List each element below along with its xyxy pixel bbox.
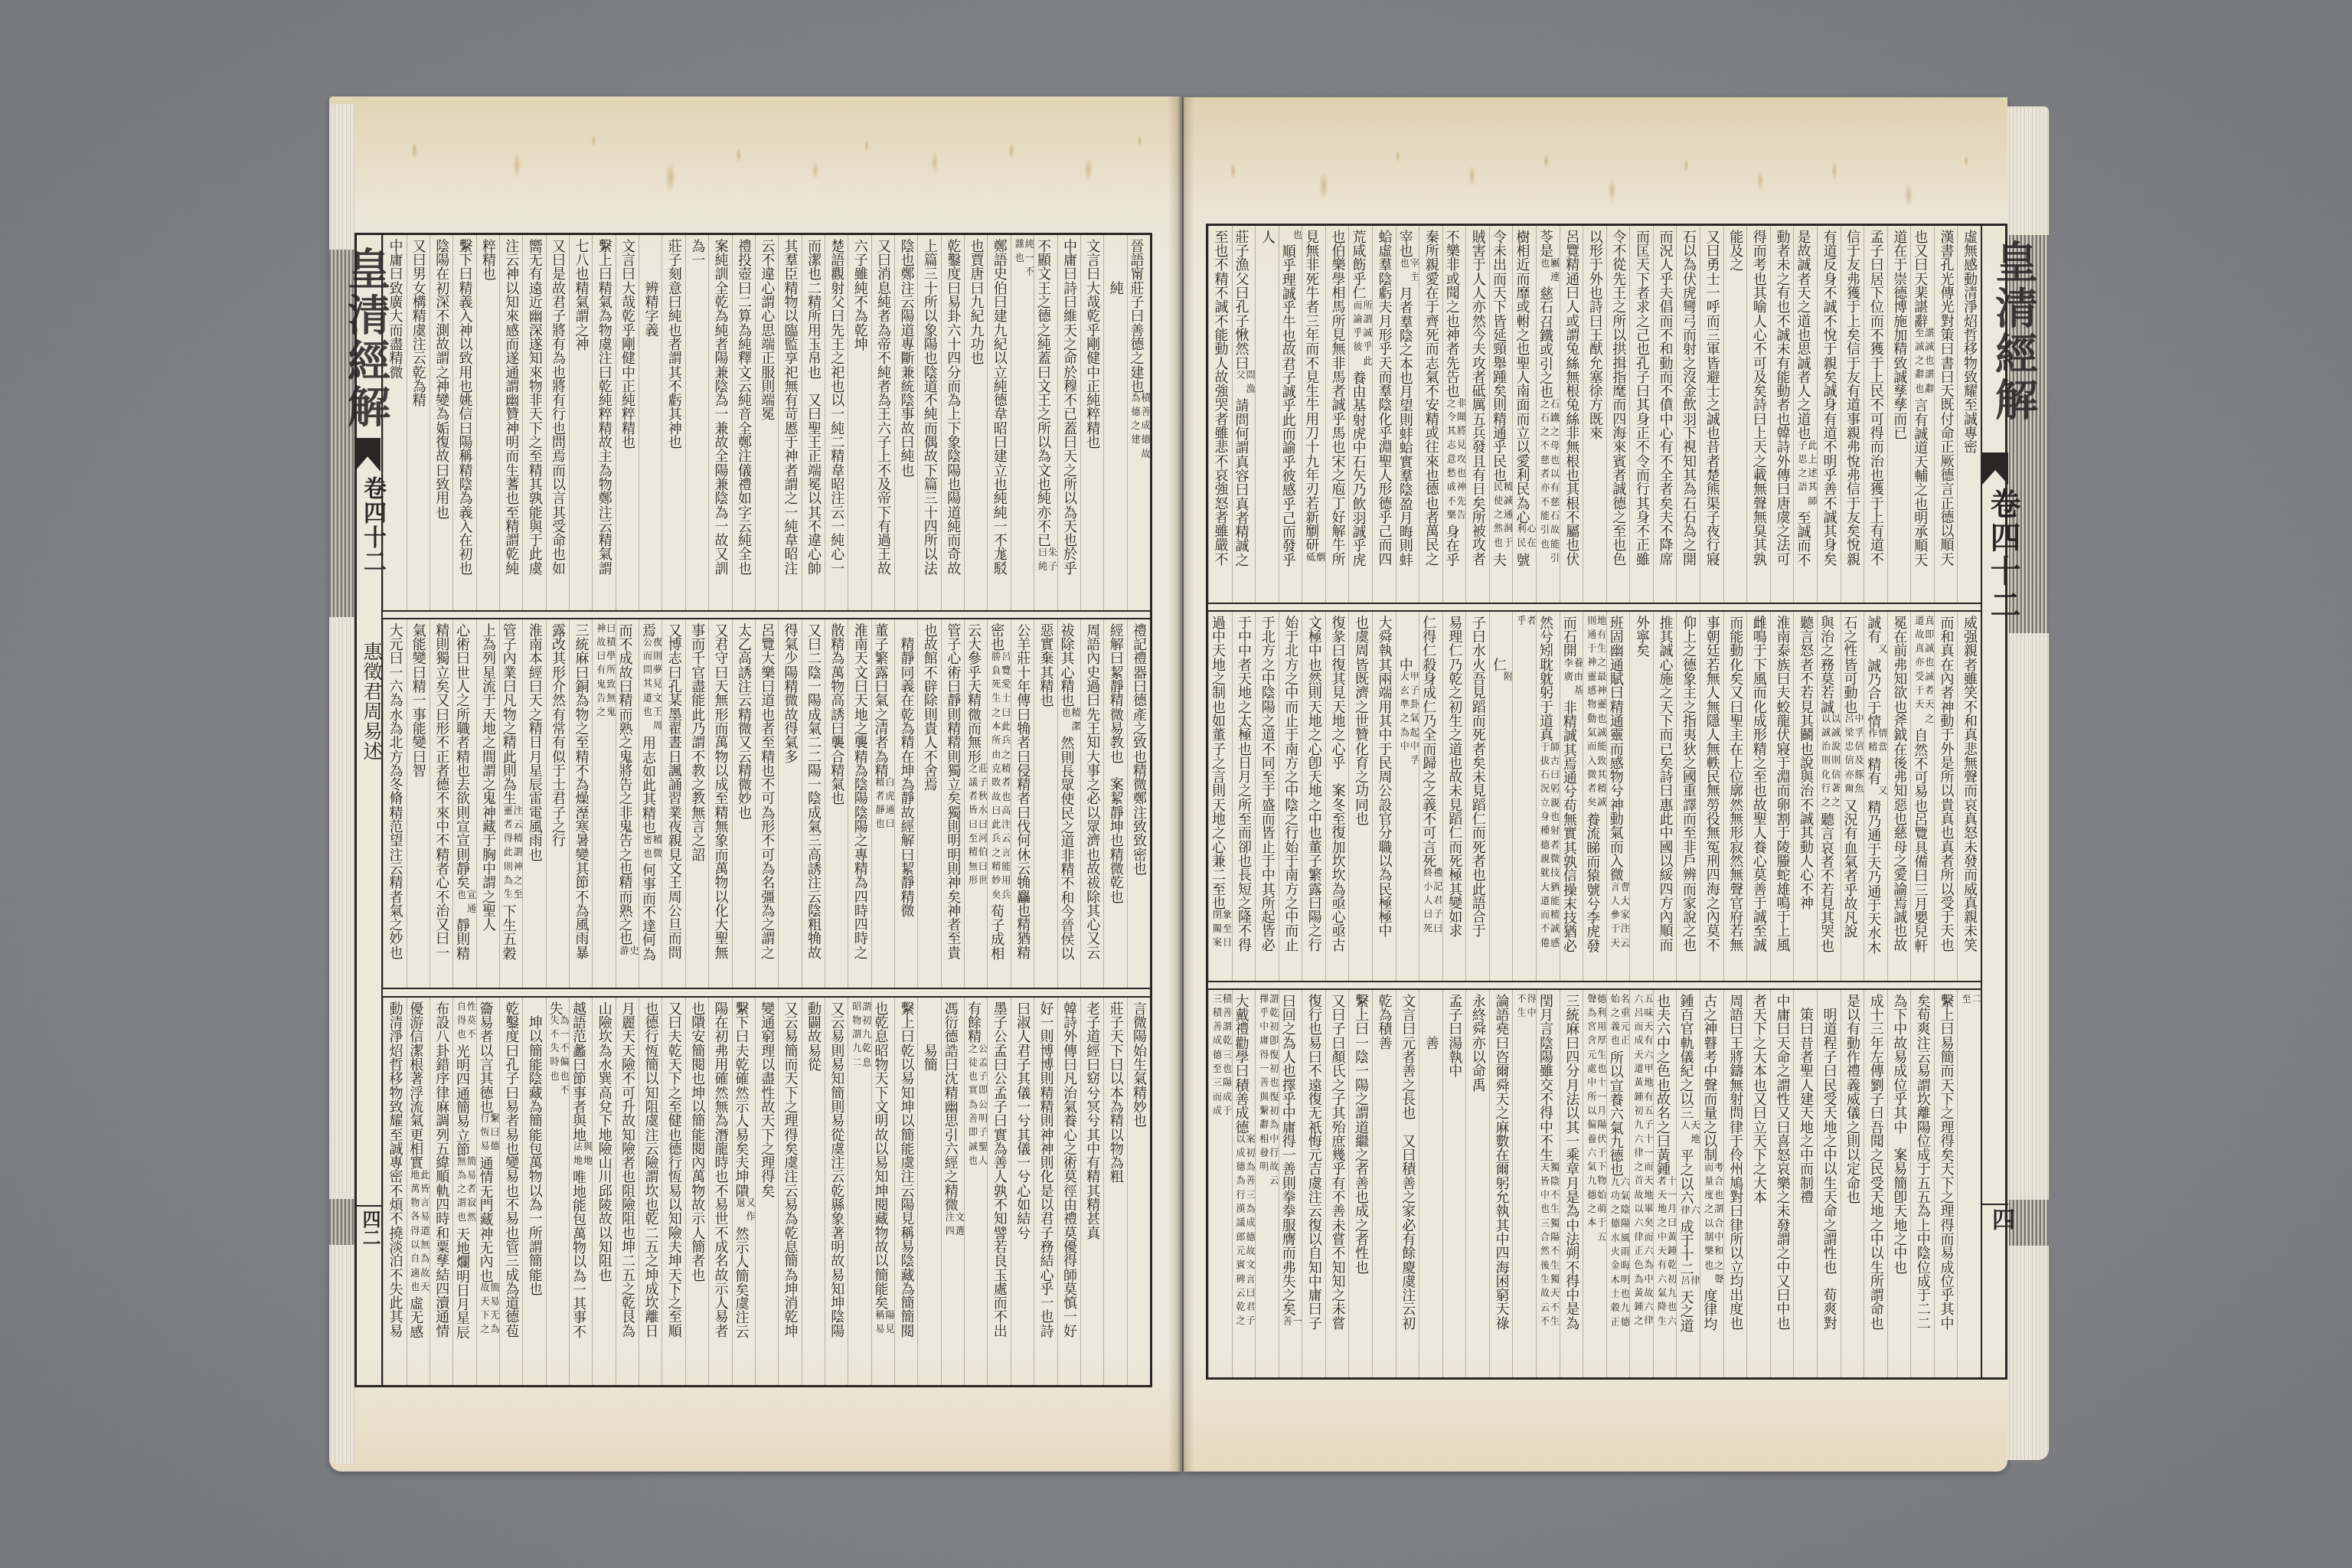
- indent-space: [1115, 239, 1116, 281]
- text-column: 得而考也其喻人心不可及矣詩曰上天之載無聲無臭其孰: [1746, 226, 1770, 603]
- main-text: 善: [1423, 1036, 1439, 1050]
- main-text: 閏月言陰陽雖交不得中不生: [1537, 994, 1553, 1162]
- text-column: 韓詩外傳曰凡治氣養心之術莫徑由禮莫優得師莫慎一好: [1057, 998, 1080, 1385]
- page-number-rule: [1982, 1204, 2008, 1205]
- text-column: 純: [1103, 235, 1126, 610]
- main-text: 度律均: [1701, 1289, 1717, 1331]
- annotation-note: 宰主也: [1398, 258, 1419, 287]
- text-column: 也賈唐曰九紀九功也: [964, 235, 987, 610]
- text-column: 山險坎為水巽高兌下地險山川邱陵故以知阻也: [592, 998, 615, 1385]
- right-page: 虛無感動清淨炤哲移物致耀至誠專密漢書孔光傳光對策曰書曰天既付命正厥德言正德以順天…: [1184, 97, 2007, 1472]
- main-text: 何事而不達何為: [640, 863, 656, 961]
- text-column: 樹相近而靡或軵之也聖人南面而立以愛利民為心心在利民號: [1512, 226, 1536, 603]
- text-column: 周語曰王將鑄無射問律于伶州鳩對曰律所以立均出度也: [1723, 990, 1747, 1377]
- text-column: 道在于崇德博施加精致誠孳孳而已: [1887, 226, 1911, 603]
- main-text: 又曰夫乾天下之至健也德行恆易以知險夫坤天下之至順: [666, 1001, 682, 1338]
- annotation-note: 宣通也: [456, 890, 476, 919]
- main-text: 中庸曰詩曰維天之命於穆不已蓋曰天之所以為天也於乎: [1061, 239, 1077, 575]
- annotation-note: 注云精謂神之至靈者得此則為生: [501, 805, 522, 904]
- text-column: 不樂非或聞之也神者先告也非聞將見攻也神先告之令其志意愁戚不樂身在乎: [1442, 226, 1466, 603]
- annotation-note: 朱子曰純: [1037, 547, 1057, 577]
- main-text: 純: [1108, 281, 1124, 295]
- annotation-note: 真即誠也誠者天之道故真亦受于天: [1913, 616, 1934, 728]
- text-column: 得中不生: [1512, 990, 1536, 1377]
- annotation-note: 又: [1867, 644, 1887, 658]
- annotation-note: 呂覽愛士曰此兵之精者也高注云言能用兵勝負死生之本所由克敗故曰此兵之精妙矣: [990, 652, 1011, 904]
- main-text: 令未出而天下皆延頸舉踵矣則精通乎民也: [1491, 230, 1507, 482]
- annotation-note: 非聞將見攻也神先告之令其志意愁戚不樂: [1445, 398, 1465, 525]
- annotation-note: 與地法地: [571, 1142, 592, 1171]
- text-column: 繫下曰精義入神以致用也姚信曰陽稱精陰為義入在初也: [452, 235, 475, 610]
- main-text: 祓除其心精也: [1058, 623, 1074, 707]
- text-column: 嚮无有遠近幽深遂知來物非天下之至精其孰能與于此虞: [522, 235, 545, 610]
- main-text: 孟子曰湯執中: [1446, 994, 1462, 1078]
- text-column: 也虞周皆既濟之世贊化育之功同也: [1348, 612, 1372, 981]
- main-text: 七八也精氣謂之神: [573, 239, 589, 351]
- main-text: 楚語觀射父曰先王之祀也以一純二精韋昭注云一純心一: [828, 239, 844, 575]
- annotation-note: 以誠說則信著之以誠治則化行之: [1820, 714, 1841, 812]
- text-column: 虛無感動清淨炤哲移物致耀至誠專密: [1957, 226, 1981, 603]
- text-column: 鄭語史伯曰建九紀以立純德韋昭曰建立也純純一不尨駁: [987, 235, 1010, 610]
- annotation-note: 律呂: [1679, 1276, 1700, 1290]
- text-column: 坤以簡能陰藏為簡能包萬物以為一所謂簡能也: [522, 998, 545, 1385]
- annotation-note: 簡易者寂然無為之謂也: [456, 1156, 476, 1227]
- text-column: 禮投壺曰二算為純釋文云純音全鄭注儀禮如字云純全也: [732, 235, 755, 610]
- fore-edge-ink-smear: [329, 1199, 355, 1245]
- register-divider: [1208, 603, 1981, 604]
- indent-space: [1828, 1274, 1829, 1288]
- annotation-note: 性莫不自得也: [456, 1001, 476, 1044]
- main-text: 為下中故易成位乎其中: [1891, 994, 1907, 1134]
- text-column: 班固幽通賦曰精通靈而感物兮神動氣而入微曹大家注云言人參于天: [1606, 612, 1630, 981]
- text-column: 呂覽大樂曰道也者至精也不可為形不可為名彊為之謂之: [755, 619, 778, 988]
- annotation-note: 情當作精: [1867, 728, 1887, 757]
- text-column: 上為列星流于天地之間謂之鬼神藏于胸中謂之聖人: [476, 619, 499, 988]
- text-column: 仁得仁殺身成仁乃全而歸之之義不可言死禮記君子曰終小人曰死: [1419, 612, 1442, 981]
- main-text: 山險坎為水巽高兌下地險山川邱陵故以知阻也: [596, 1001, 612, 1282]
- text-column: 謂初九乾息昭物謂九二: [848, 998, 871, 1385]
- main-text: 是故誠者天之道也思誠者人之道也: [1795, 230, 1811, 440]
- text-column: 董子繁露曰氣之清者為精白虎通曰精者靜也: [871, 619, 894, 988]
- text-column: 鍾百官軌儀紀之以三天地人平之以六六律成于十二律呂天之道: [1676, 990, 1700, 1377]
- text-column: 孟子曰居下位而不獲于上民不可得而治也獲于上有道不: [1864, 226, 1887, 603]
- text-column: 石之性皆可動也中孚信及豚魚呂梁忠信亦爾又況有血氣者乎故凡說: [1841, 612, 1864, 981]
- text-column: 善: [1419, 990, 1442, 1377]
- main-text: 精則獨立矣又曰形不正者德不來中不精者心不治又曰一: [433, 623, 449, 959]
- text-column: 純一不雜也: [1011, 235, 1034, 610]
- main-text: 然示人簡矣虞注云: [733, 1227, 749, 1338]
- main-text: 班固幽通賦曰精通靈而感物兮神動氣而入微: [1608, 616, 1624, 882]
- main-text: 荀子成相: [988, 904, 1004, 960]
- main-text: 案絜靜坤也精微乾也: [1108, 777, 1124, 903]
- text-column: 性莫不自得也光明四通簡易立節簡易者寂然無為之謂也天地爛明日月星辰: [452, 998, 475, 1385]
- main-text: 秦所親愛在于齊死而志氣不安精或往來也德也者萬民之: [1423, 230, 1439, 566]
- main-text: 大舜執其兩端用其中于民周公設官分職以為民極極中: [1377, 616, 1393, 938]
- text-column: 淮南天文曰天地之襲精為陰陽陰陽之專精為四時四時之: [848, 619, 871, 988]
- text-column: 復彖曰復其見天地之心乎案冬至復加坎坎為亟心亟古: [1325, 612, 1349, 981]
- text-column: 三統麻曰四分月法以其一乘章月是為中法朔不得中是為: [1560, 990, 1583, 1377]
- annotation-note: 劘砥: [1305, 552, 1325, 567]
- text-column: 三統麻曰銅為物之至精不為燥溼寒暑變其節不為風雨暴: [569, 619, 592, 988]
- main-text: 經解曰絜靜精微易教也: [1108, 623, 1124, 763]
- text-column: 也順乎理誠乎牛也故君子誠乎此而諭乎彼感乎己而發乎: [1279, 226, 1302, 603]
- main-text: 注云神以知來感而遂通謂幽贊神明而生蓍也至精謂乾純: [503, 239, 519, 575]
- text-column: 石以為伏虎彎弓而射之沒金飲羽下視知其為石石為之開: [1676, 226, 1700, 603]
- main-text: 養由基射虎中石矢乃飲羽誠乎虎: [1350, 371, 1366, 567]
- text-column: 其羣臣精物以臨監享祀無有苛慝于神者謂之一純韋昭注: [778, 235, 801, 610]
- text-column: 乾鑿度曰孔子曰易者易也變易也不易也管三成為道德苞: [499, 998, 522, 1385]
- annotation-note: 積善成德故為德之建: [1129, 393, 1150, 464]
- text-column: 注云神以知來感而遂通謂幽贊神明而生蓍也至精謂乾純: [499, 235, 522, 610]
- main-text: 又博志曰孔某墨翟晝日諷誦習業夜親見文王周公旦而問: [666, 623, 682, 959]
- text-column: 宰也宰主也月者羣陰之本也月望則蚌蛤實羣陰盈月晦則蚌: [1396, 226, 1419, 603]
- text-column: 積善謂乾三也陽成于三積善成德至三而成: [1208, 990, 1232, 1377]
- text-column: 真即誠也誠者天之道故真亦受于天自然不可易也呂覽具備曰三月嬰兒軒: [1910, 612, 1934, 981]
- main-text: 陰陽在初深不測故謂之神變為姤復故曰致用也: [433, 239, 449, 519]
- annotation-note: 屬連也: [1539, 258, 1560, 287]
- main-text: 號: [1514, 553, 1530, 567]
- main-text: 文極中也然則天地之心卽天地之中也董子繁露曰陽之行: [1306, 616, 1322, 952]
- main-text: 呂覽精通曰人或謂兔絲無根兔絲非無根也其根不屬也伏: [1563, 230, 1579, 566]
- main-text: 與治之務莫若誠: [1818, 616, 1834, 714]
- text-column: 也伯樂學相馬所見無非馬者誠乎馬也宋之庖丁好解牛所: [1325, 226, 1349, 603]
- text-column: 名重元正始之義也所以宣養六氣九德也六氣陰陽風雨晦明也九德九功之德水火金木土穀正: [1606, 990, 1630, 1377]
- main-text: 子曰水火吾見蹈而死者矣未見蹈仁而死者也此語合于: [1470, 616, 1486, 938]
- text-column: 莊子刻意曰純也者謂其不虧其神也: [661, 235, 684, 610]
- main-text: 精乃通于天乃通于天水木: [1865, 800, 1881, 954]
- main-text: 乾為積善: [1377, 994, 1393, 1050]
- main-text: 莊子漁父曰孔子愀然曰: [1233, 230, 1249, 370]
- annotation-note: 簡易无為故天下之: [479, 1282, 499, 1339]
- main-text: 也夫六中之色也故名之曰黃鍾: [1655, 994, 1671, 1176]
- text-column: 曰積學所致無鬼神故曰有鬼告之: [592, 619, 615, 988]
- main-text: 成于十二: [1678, 1220, 1694, 1276]
- text-column: 祓除其心精也精潔也然則長眾使民之道非精不和今晉侯以: [1057, 619, 1080, 988]
- main-text: 通情无門藏神无內也: [477, 1156, 493, 1282]
- text-column: 辨精字義: [639, 235, 661, 610]
- main-text: 至誠而不: [1795, 511, 1811, 567]
- main-text: 曰回之為人也擇乎中庸得一善則拳拳服膺而弗失之矣: [1280, 994, 1296, 1316]
- text-column: 曰淑人君子其儀一兮其儀一兮心如結兮: [1011, 998, 1034, 1385]
- text-column: 于北方之中陰陽之道不同至于盛而皆止于中其所起皆必: [1255, 612, 1279, 981]
- main-text: 云不違心謂心思端正服則端冕: [759, 239, 775, 421]
- main-text: 案易簡卽天地之中也: [1891, 1148, 1907, 1274]
- main-text: 文言曰大哉乾乎剛健中正純粹精也: [1084, 239, 1100, 449]
- text-column: 繫下曰夫乾確然示人易矣夫坤隤又作退然示人簡矣虞注云: [732, 998, 755, 1385]
- text-column: 推其誠心施之天下而已矣詩曰惠此中國以綏四方內順而: [1653, 612, 1677, 981]
- text-column: 者乎: [1512, 612, 1536, 981]
- annotation-note: 十一月曰黃鍾乾初九也六者天地之中天有六氣降生: [1655, 1176, 1676, 1331]
- main-text: 中庸曰天命之謂性又曰喜怒哀樂之未發謂之中又曰中也: [1774, 994, 1790, 1330]
- main-text: 苓是: [1537, 230, 1553, 258]
- text-column: 動清淨炤哲移物致耀至誠專密不煩不撓淡泊不失此其易: [383, 998, 406, 1385]
- main-text: 鄭語史伯曰建九紀以立純德韋昭曰建立也純純一不尨駁: [991, 239, 1008, 575]
- annotation-note: 石鐵之母也以有慈石故能引之石之不慈者亦不能引也: [1539, 399, 1560, 568]
- text-column: 德利用厚生也十一月陽伏于下物始萌于五聲為宮含元處中所以徧養六氣九德之本: [1583, 990, 1606, 1377]
- text-column: 七八也精氣謂之神: [569, 235, 592, 610]
- text-column: 易簡: [917, 998, 940, 1385]
- text-column: 散精為萬物高誘曰襲合精氣也: [825, 619, 848, 988]
- main-text: 動闢故易從: [805, 1001, 822, 1072]
- main-text: 而匡天下者求之己也孔子曰其身正不令而行其身不正雖: [1634, 230, 1650, 566]
- text-column: 見無非死牛者三年而不見生牛用刀十九年刃若新劘研劘砥: [1302, 226, 1325, 603]
- text-column: 信于友弗獲于上矣信于友有道事親弗悅弗信于友矣悅親: [1841, 226, 1864, 603]
- text-column: 始于北方之中而止于南方之中陰之行始于南方之中而止: [1279, 612, 1302, 981]
- text-column: 又曰二陰一陽成氣二二陽一陰成氣三高誘注云陰粗觕故: [802, 619, 825, 988]
- register-bottom: 二至繫上曰易簡而天下之理得矣天下之理得而易成位乎其中矣荀爽注云易謂坎離陽位成于五…: [1208, 990, 1981, 1377]
- text-column: 易理仁乃乾之初生之道也故未見蹈仁而死極其變如求: [1442, 612, 1466, 981]
- main-text: 案純訓全乾為純者陽兼陰為一兼故全陽兼陰為一故又訓: [713, 239, 729, 575]
- main-text: 信于友弗獲于上矣信于友有道事親弗悅弗信于友矣悅親: [1844, 230, 1860, 566]
- text-column: 繫上曰一陰一陽之謂道繼之者善也成之者性也: [1348, 990, 1372, 1377]
- main-text: 然兮矧耽躭躬于道真: [1537, 616, 1553, 742]
- main-text: 身在乎: [1444, 524, 1460, 567]
- text-column: 明道程子曰民受天地之中以生天命之謂性也荀爽對: [1817, 990, 1841, 1377]
- annotation-note: 中孚信及豚魚呂梁忠信亦爾: [1843, 714, 1864, 799]
- text-column: 論語堯曰咨爾舜天之麻數在爾躬允執其中四海困窮天祿: [1489, 990, 1513, 1377]
- main-text: 賊害于人人亦然今夫攻者砥厲五兵發且有日矣所被攻者: [1470, 230, 1486, 566]
- annotation-note: 此皆言易道無為故天地萬物各得以自適也: [409, 1170, 430, 1297]
- register-bottom: 言微陽始生氣精妙也莊子天下曰以本為精以物為粗老子道經曰窈兮冥兮其中有精其精甚真韓…: [383, 998, 1150, 1385]
- text-column: 荒咸飭乎仁所謂誠乎此而諭乎彼養由基射虎中石矢乃飲羽誠乎虎: [1348, 226, 1372, 603]
- main-text: 明道程子曰民受天地之中以生天命之謂性也: [1821, 1008, 1837, 1274]
- main-text: 又曰男女構精虞注云乾為精: [410, 239, 426, 407]
- text-column: 策曰昔者聖人建天地之中而制禮: [1793, 990, 1817, 1377]
- spine-volume-number: 卷四十二: [1981, 488, 2025, 622]
- text-column: 而潔也二精所用玉帛也又曰聖王正端冕以其不違心帥: [802, 235, 825, 610]
- indent-space: [906, 623, 906, 637]
- main-text: 誠乃合于情: [1865, 658, 1881, 729]
- text-column: 公羊莊十年傳曰觕者曰侵精者曰伐何休云觕麤也精猶精: [1011, 619, 1034, 988]
- annotation-note: 六律: [1679, 1205, 1700, 1220]
- annotation-note: 謂初九乾息昭物謂九二: [851, 1001, 871, 1073]
- main-text: 事而千官盡能此乃謂不教之教無言之詔: [689, 623, 705, 861]
- main-text: 惡實棄其精也: [1038, 623, 1054, 707]
- main-text: 又曰是故君子將有為也將有行也問焉而以言其受命也如: [550, 239, 566, 575]
- indent-space: [1404, 616, 1405, 658]
- text-column: 于中中者天地之太極也日月之所至而卻也長短之隆不得: [1232, 612, 1256, 981]
- annotation-note: 文選注四: [943, 1212, 964, 1241]
- text-column: 而況人乎夫倡而不和動而不僨中心有不全者矣夫不降席: [1653, 226, 1677, 603]
- text-column: 越語范蠡曰節事者與地與地法地唯地能包萬物以為一其事不: [569, 998, 592, 1385]
- text-column: 呂覽精通曰人或謂兔絲無根兔絲非無根也其根不屬也伏: [1560, 226, 1583, 603]
- text-column: 有道反身不誠不悅于親矣誠身有道不明乎善不誠其身矣: [1817, 226, 1841, 603]
- main-text: 矣荀爽注云易謂坎離陽位成于五五為上中陰位成于二二: [1915, 994, 1931, 1330]
- main-text: 三統麻曰四分月法以其一乘章月是為中法朔不得中是為: [1563, 994, 1579, 1330]
- main-text: 繫上曰精氣為物虞注曰乾純粹精故主為物鄭注云精氣謂: [596, 239, 612, 575]
- text-column: 淮南泰族曰夫蛟龍伏寢于淵而卵割于陵螣蛇雄鳴于上風: [1770, 612, 1794, 981]
- main-text: 非精誠其焉通兮苟無實其孰信操末技猶必: [1561, 701, 1577, 952]
- indent-space: [1899, 1134, 1900, 1148]
- text-column: 文言曰元者善之長也又曰積善之家必有餘慶虞注云初: [1396, 990, 1419, 1377]
- main-text: 繫下曰夫乾確然示人易矣夫坤隤: [733, 1001, 749, 1197]
- main-text: 至也不精不誠不能動人故強哭者雖悲不哀強怒者雖嚴不: [1213, 230, 1229, 566]
- text-column: 文極中也然則天地之心卽天地之中也董子繁露曰陽之行: [1302, 612, 1325, 981]
- main-text: 散精為萬物高誘曰襲合精氣也: [828, 623, 844, 805]
- text-column: 中甲子卦氣起中孚大玄準之為中: [1396, 612, 1419, 981]
- main-text: 也賈唐曰九紀九功也: [968, 239, 984, 365]
- text-column: 也故館不辟除則貴人不舍焉: [917, 619, 940, 988]
- text-column: 閏月言陰陽雖交不得中不生獨陰不生獨陽不生獨天不生天皆中也三合然後生故云不: [1536, 990, 1560, 1377]
- text-column: 又云易則易知簡則易從虞注云乾縣象著明故易知坤陰陽: [825, 998, 848, 1385]
- main-text: 文言曰元者善之長也: [1400, 994, 1416, 1120]
- main-text: 月麗天天險不可升故知險者也阻險阻也坤二五之乾艮為: [619, 1001, 635, 1338]
- text-column: 孟子曰湯執中: [1442, 990, 1466, 1377]
- main-text: 莊子刻意曰純也者謂其不虧其神也: [666, 239, 682, 449]
- text-column: 陰陽在初深不測故謂之神變為姤復故曰致用也: [430, 235, 452, 610]
- main-text: 焉: [640, 623, 656, 637]
- annotation-note: 夜則夢見文王周公而問其道也: [641, 637, 661, 736]
- text-column: 古之神瞽考中聲而量之以制考合也謂合中和之聲而量度之以制樂也度律均: [1700, 990, 1723, 1377]
- text-column: 大元曰一六為水為北方為冬脩精范望注云精者氣之妙也: [383, 619, 406, 988]
- text-column: 又曰男女構精虞注云乾為精: [407, 235, 430, 610]
- text-column: 而匡天下者求之己也孔子曰其身正不令而行其身不正雖: [1629, 226, 1653, 603]
- main-text: 荒咸飭乎仁: [1350, 230, 1366, 300]
- text-column: 苓是屬連也慈石召鐵或引之也石鐵之母也以有慈石故能引之石之不慈者亦不能引也: [1536, 226, 1560, 603]
- annotation-note: 又: [1867, 786, 1887, 800]
- text-column: 繫上曰易簡而天下之理得矣天下之理得而易成位乎其中: [1934, 990, 1958, 1377]
- main-text: 者天下之大本也又曰立天下之大本: [1751, 994, 1767, 1204]
- main-text: 中: [1397, 658, 1413, 671]
- annotation-note: 積善謂乾三也陽成于三積善成德至三而成: [1211, 994, 1232, 1121]
- text-column: 地有生之最神靈也誠能致其精誠則通于神靈感物動氣而入微者矣養流睇而猿號兮李虎發: [1583, 612, 1606, 981]
- text-column: 氣能變曰精一事能變曰智: [407, 619, 430, 988]
- text-column: 又曰是故君子將有為也將有行也問焉而以言其受命也如: [546, 235, 569, 610]
- text-column: 管子內業曰凡物之精此則為生注云精謂神之至靈者得此則為生下生五穀: [499, 619, 522, 988]
- main-text: 言微陽始生氣精妙也: [1131, 1001, 1147, 1128]
- text-column: 淮南本經曰天之精日月星辰雷電風雨也: [522, 619, 545, 988]
- main-text: 晉語甯莊子曰善德之建也: [1129, 239, 1145, 393]
- main-text: 而況人乎夫倡而不和動而不僨中心有不全者矣夫不降席: [1657, 230, 1673, 566]
- main-text: 莊子天下曰以本為精以物為粗: [1108, 1001, 1124, 1184]
- text-column: 乾鑿度曰易卦六十四分而為上下象陰陽也陽道純而奇故: [941, 235, 964, 610]
- annotation-note: 獨陰不生獨陽不生獨天不生天皆中也三合然後生故云不: [1539, 1162, 1560, 1331]
- text-column: 莊子天下曰以本為精以物為粗: [1103, 998, 1126, 1385]
- main-text: 大元曰一六為水為北方為冬脩精范望注云精者氣之妙也: [387, 623, 403, 959]
- main-text: 也虞周皆既濟之世贊化育之功同也: [1353, 616, 1369, 826]
- main-text: 永終舜亦以命禹: [1470, 994, 1486, 1092]
- main-text: 靜則精: [454, 918, 470, 960]
- indent-space: [650, 239, 651, 281]
- annotation-note: 為一不偏也不失不失時也: [548, 1015, 569, 1100]
- main-text: 樹相近而靡或軵之也聖人南面而立以愛利民為心: [1514, 230, 1530, 524]
- text-column: 令不從先王之所以拱揖指麾而四海來賓者誠德之至也色: [1606, 226, 1630, 603]
- text-column: 事而千官盡能此乃謂不教之教無言之詔: [685, 619, 708, 988]
- main-text: 乾鑿度曰孔子曰易者易也變易也不易也管三成為道德苞: [503, 1001, 519, 1338]
- main-text: 道在于崇德博施加精致誠孳孳而已: [1891, 230, 1907, 440]
- main-text: 又曰消息純者為帝不純者為王六子上不及帝下有過王故: [875, 239, 891, 575]
- annotation-note: 附: [1491, 671, 1512, 686]
- main-text: 于中中者天地之太極也日月之所至而卻也長短之隆不得: [1236, 616, 1252, 952]
- text-column: 然兮矧耽躭躬于道真師古曰躬親也射者微技猶能精誠感于拔石況立身種德親躭大道而不倦: [1536, 612, 1560, 981]
- main-text: 而不成故曰精而熟之鬼將告之非鬼告之也精而熟之也: [617, 623, 633, 946]
- text-column: 又曰消息純者為帝不純者為王六子上不及帝下有過王故: [871, 235, 894, 610]
- main-text: 精靜同義在乾為精在坤為靜故經解曰絜靜精微: [898, 637, 914, 917]
- main-text: 外寧矣: [1634, 616, 1650, 658]
- text-column: 仁附: [1489, 612, 1513, 981]
- text-column: 不顯文王之德之純蓋曰文王之所以為文也純亦不已朱子曰純: [1034, 235, 1057, 610]
- main-text: 老子道經曰窈兮冥兮其中有精其精甚真: [1084, 1001, 1100, 1240]
- main-text: 文言曰大哉乾乎剛健中正純粹精也: [619, 239, 635, 449]
- main-text: 為一: [689, 239, 705, 267]
- main-text: 蛤虛羣陰虧夫月形乎天而羣陰化乎淵聖人形德乎己而四: [1377, 230, 1393, 566]
- text-column: 布設八卦錯序律麻調列五緯順軌四時和粟孳結四瀆通情: [430, 998, 452, 1385]
- text-column: 密也呂覽愛士曰此兵之精者也高注云言能用兵勝負死生之本所由克敗故曰此兵之精妙矣荀子…: [987, 619, 1010, 988]
- main-text: 繫下曰精義入神以致用也姚信曰陽稱精陰為義入在初也: [457, 239, 473, 575]
- main-text: 又君守曰天無形而萬物以成至精無象而萬物以化大聖無: [713, 623, 729, 959]
- text-column: 令未出而天下皆延頸舉踵矣則精通乎民也精誠通洞于民使之然也夫: [1489, 226, 1513, 603]
- text-column: 文言曰大哉乾乎剛健中正純粹精也: [1080, 235, 1103, 610]
- main-text: 得而考也其喻人心不可及矣詩曰上天之載無聲無臭其孰: [1751, 230, 1767, 566]
- register-top: 虛無感動清淨炤哲移物致耀至誠專密漢書孔光傳光對策曰書曰天既付命正厥德言正德以順天…: [1208, 226, 1981, 603]
- text-column: 又君守曰天無形而萬物以成至精無象而萬物以化大聖無: [708, 619, 731, 988]
- right-text-area: 虛無感動清淨炤哲移物致耀至誠專密漢書孔光傳光對策曰書曰天既付命正厥德言正德以順天…: [1208, 226, 1981, 1377]
- main-text: 又云易簡而天下之理得矣虞注云易為乾息簡為坤消乾坤: [782, 1001, 799, 1338]
- main-text: 仁: [1491, 658, 1507, 671]
- main-text: 失: [547, 1001, 563, 1015]
- register-divider: [383, 988, 1150, 989]
- spine-book-title: 皇清經解: [1983, 240, 2044, 423]
- annotation-note: 陽見稱易: [874, 1310, 894, 1339]
- text-column: 威强親者雖笑不和真悲無聲而哀真怒未發而威真親未笑: [1957, 612, 1981, 981]
- main-text: 仰上之德象主之指夷狄之國重譯而至非戶辨而家說之也: [1681, 616, 1697, 952]
- main-text: 太乙高誘注云精微又云精微妙也: [736, 623, 752, 819]
- main-text: 三統麻曰銅為物之至精不為燥溼寒暑變其節不為風雨暴: [573, 623, 589, 959]
- main-text: 周語曰王將鑄無射問律于伶州鳩對曰律所以立均出度也: [1727, 994, 1743, 1330]
- main-text: 其羣臣精物以臨監享祀無有苛慝于神者謂之一純韋昭注: [782, 239, 799, 575]
- main-text: 周語內史過曰先王知大事之必以眾濟也故祓除其心又云: [1084, 623, 1100, 959]
- main-text: 誠有: [1865, 616, 1881, 644]
- text-column: 而能動化矣又曰聖主在上位廓然無形寂然無聲官府若無: [1723, 612, 1747, 981]
- main-text: 嚮无有遠近幽深遂知來物非天下之至精其孰能與于此虞: [527, 239, 543, 575]
- text-column: 仰上之德象主之指夷狄之國重譯而至非戶辨而家說之也: [1676, 612, 1700, 981]
- main-text: 陰也鄭注云陽道專斷兼統陰事故曰純也: [898, 239, 914, 477]
- text-column: 以形于外也詩曰王猷允塞徐方既來: [1583, 226, 1606, 603]
- annotation-note: 純一不雜也: [1013, 239, 1034, 282]
- text-column: 大舜執其兩端用其中于民周公設官分職以為民極極中: [1372, 612, 1396, 981]
- main-text: 孟子曰居下位而不獲于上民不可得而治也獲于上有道不: [1868, 230, 1884, 566]
- text-column: 又云易簡而天下之理得矣虞注云易為乾息簡為坤消乾坤: [778, 998, 801, 1385]
- register-divider: [383, 610, 1150, 612]
- text-column: 案純訓全乾為純者陽兼陰為一兼故全陽兼陰為一故又訓: [708, 235, 731, 610]
- text-column: 又博志曰孔某墨翟晝日諷誦習業夜親見文王周公旦而問: [661, 619, 684, 988]
- text-column: 又曰夫乾天下之至健也德行恆易以知險夫坤天下之至順: [661, 998, 684, 1385]
- text-column: 籥易者以言其德也繫曰德行恆易通情无門藏神无內也簡易无為故天下之: [476, 998, 499, 1385]
- text-column: 也夫六中之色也故名之曰黃鍾十一月曰黃鍾乾初九也六者天地之中天有六氣降生: [1653, 990, 1677, 1377]
- annotation-note: 曹大家注云言人參于天: [1609, 882, 1629, 953]
- main-text: 事朝廷若無人無隱人無軼民無勞役無冤刑四海之內莫不: [1704, 616, 1720, 952]
- text-column: 能及之: [1723, 226, 1747, 603]
- page-number: 四: [1984, 1207, 2017, 1230]
- text-column: 月麗天天險不可升故知險者也阻險阻也坤二五之乾艮為: [616, 998, 639, 1385]
- main-text: 動者未之有也不誠未有能動者也韓詩外傳曰唐虞之法可: [1774, 230, 1790, 566]
- text-column: 又曰勇士一呼而三軍皆避士之誠也昔者楚熊渠子夜行寢: [1700, 226, 1723, 603]
- annotation-note: 精誠通洞于民使之然也: [1491, 482, 1512, 553]
- annotation-note: 謂乾初卽復初也復初為中行故云擇乎中庸得一善與繫辭相發明: [1258, 994, 1279, 1191]
- main-text: 好一則博博則精精則神神則化是以君子務結心乎一也詩: [1038, 1001, 1054, 1338]
- text-column: 與治之務莫若誠以誠說則信著之以誠治則化行之聽言哀者不若見其哭也: [1817, 612, 1841, 981]
- text-column: 是以有動作禮義威儀之則以定命也: [1841, 990, 1864, 1377]
- annotation-note: 心在利民: [1515, 524, 1536, 553]
- main-text: 大戴禮勸學曰積善成德: [1233, 994, 1249, 1134]
- main-text: 管子內業曰凡物之精此則為生: [501, 623, 517, 805]
- annotation-note: 曰積學所致無鬼神故曰有鬼告之: [595, 623, 616, 722]
- annotation-note: 一善: [1281, 1316, 1302, 1331]
- main-text: 布設八卦錯序律麻調列五緯順軌四時和粟孳結四瀆通情: [433, 1001, 449, 1338]
- text-column: 有餘精公孟子即公明子聖人之徒也實為善即誠也: [964, 998, 987, 1385]
- text-column: 中庸曰詩曰維天之命於穆不已蓋曰天之所以為天也於乎: [1057, 235, 1080, 610]
- main-text: 優游信潔根著浮流氣更相實: [407, 1001, 423, 1170]
